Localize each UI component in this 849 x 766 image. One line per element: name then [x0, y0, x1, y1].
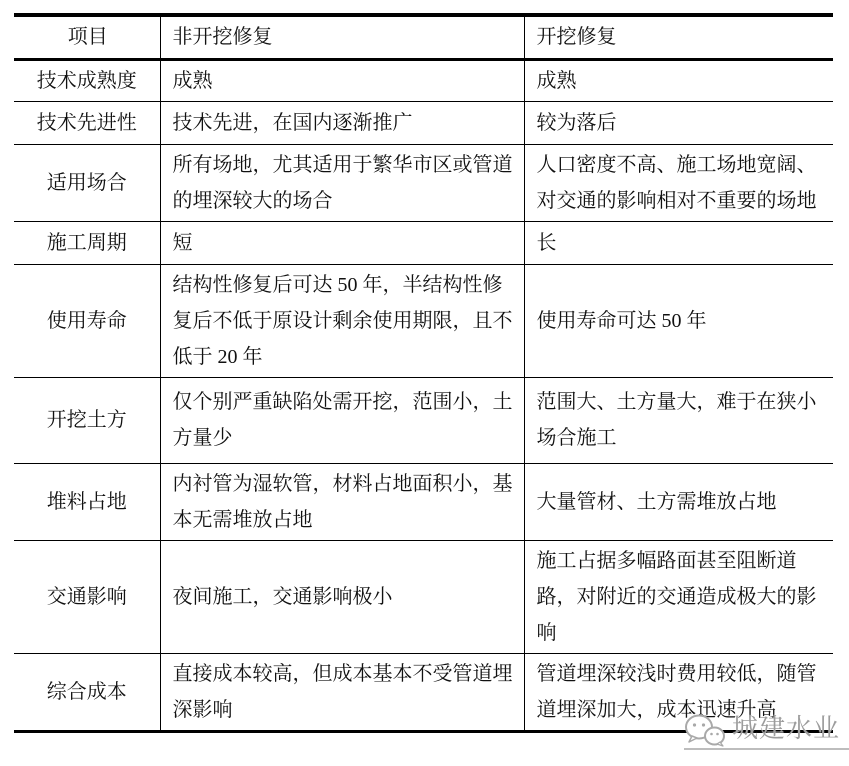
watermark: 城建水业 [684, 710, 849, 750]
watermark-text: 城建水业 [732, 714, 840, 744]
opencut-cell: 成熟 [524, 59, 833, 101]
trenchless-cell: 直接成本较高，但成本基本不受管道埋深影响 [160, 653, 524, 731]
trenchless-cell: 所有场地，尤其适用于繁华市区或管道的埋深较大的场合 [160, 144, 524, 221]
table-row: 开挖土方 仅个别严重缺陷处需开挖，范围小，土方量少 范围大、土方量大，难于在狭小… [14, 377, 833, 463]
opencut-cell: 长 [524, 221, 833, 264]
opencut-cell: 范围大、土方量大，难于在狭小场合施工 [524, 377, 833, 463]
document-page: 项目 非开挖修复 开挖修复 技术成熟度 成熟 成熟 技术先进性 技术先进，在国内… [0, 0, 849, 766]
table-body: 技术成熟度 成熟 成熟 技术先进性 技术先进，在国内逐渐推广 较为落后 适用场合… [14, 59, 833, 731]
trenchless-cell: 结构性修复后可达 50 年，半结构性修复后不低于原设计剩余使用期限，且不低于 2… [160, 264, 524, 377]
item-cell: 堆料占地 [14, 463, 160, 540]
header-item: 项目 [14, 15, 160, 59]
opencut-cell: 施工占据多幅路面甚至阻断道路，对附近的交通造成极大的影响 [524, 540, 833, 653]
trenchless-cell: 技术先进，在国内逐渐推广 [160, 101, 524, 144]
opencut-cell: 人口密度不高、施工场地宽阔、对交通的影响相对不重要的场地 [524, 144, 833, 221]
table-header: 项目 非开挖修复 开挖修复 [14, 15, 833, 59]
opencut-cell: 较为落后 [524, 101, 833, 144]
item-cell: 使用寿命 [14, 264, 160, 377]
table-row: 交通影响 夜间施工，交通影响极小 施工占据多幅路面甚至阻断道路，对附近的交通造成… [14, 540, 833, 653]
trenchless-cell: 短 [160, 221, 524, 264]
trenchless-cell: 内衬管为湿软管，材料占地面积小，基本无需堆放占地 [160, 463, 524, 540]
table-row: 适用场合 所有场地，尤其适用于繁华市区或管道的埋深较大的场合 人口密度不高、施工… [14, 144, 833, 221]
trenchless-cell: 夜间施工，交通影响极小 [160, 540, 524, 653]
table-row: 技术成熟度 成熟 成熟 [14, 59, 833, 101]
table-row: 技术先进性 技术先进，在国内逐渐推广 较为落后 [14, 101, 833, 144]
item-cell: 技术成熟度 [14, 59, 160, 101]
item-cell: 开挖土方 [14, 377, 160, 463]
wechat-icon [684, 713, 726, 747]
item-cell: 交通影响 [14, 540, 160, 653]
header-row: 项目 非开挖修复 开挖修复 [14, 15, 833, 59]
trenchless-cell: 仅个别严重缺陷处需开挖，范围小，土方量少 [160, 377, 524, 463]
opencut-cell: 使用寿命可达 50 年 [524, 264, 833, 377]
item-cell: 适用场合 [14, 144, 160, 221]
header-trenchless: 非开挖修复 [160, 15, 524, 59]
item-cell: 施工周期 [14, 221, 160, 264]
header-opencut: 开挖修复 [524, 15, 833, 59]
trenchless-cell: 成熟 [160, 59, 524, 101]
table-row: 施工周期 短 长 [14, 221, 833, 264]
opencut-cell: 大量管材、土方需堆放占地 [524, 463, 833, 540]
table-row: 堆料占地 内衬管为湿软管，材料占地面积小，基本无需堆放占地 大量管材、土方需堆放… [14, 463, 833, 540]
item-cell: 技术先进性 [14, 101, 160, 144]
table-row: 使用寿命 结构性修复后可达 50 年，半结构性修复后不低于原设计剩余使用期限，且… [14, 264, 833, 377]
item-cell: 综合成本 [14, 653, 160, 731]
repair-comparison-table: 项目 非开挖修复 开挖修复 技术成熟度 成熟 成熟 技术先进性 技术先进，在国内… [14, 13, 833, 733]
